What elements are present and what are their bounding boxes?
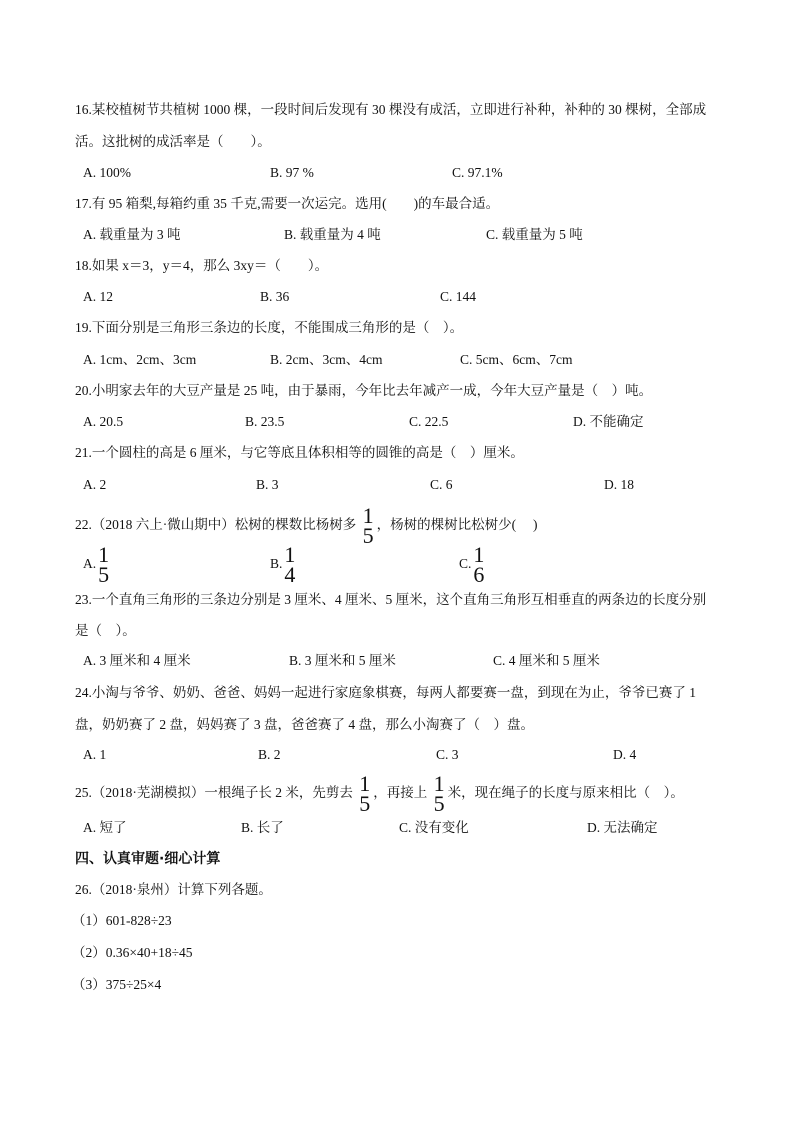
question-21-option-a[interactable]: A. 2: [83, 476, 106, 494]
question-24-option-b[interactable]: B. 2: [258, 746, 281, 764]
question-20-option-d[interactable]: D. 不能确定: [573, 413, 644, 431]
question-25-option-b[interactable]: B. 长了: [241, 819, 284, 837]
question-23-text-line-1: 23.一个直角三角形的三条边分别是 3 厘米、4 厘米、5 厘米，这个直角三角形…: [75, 591, 706, 609]
question-21-text: 21.一个圆柱的高是 6 厘米，与它等底且体积相等的圆锥的高是（ ）厘米。: [75, 444, 524, 462]
question-21-option-d[interactable]: D. 18: [604, 476, 634, 494]
calc-item-3: （3）375÷25×4: [72, 976, 161, 994]
question-22-text: 22.（2018 六上·微山期中）松树的棵数比杨树多 1 5 ，杨树的棵树比松树…: [75, 503, 538, 547]
question-18-text: 18.如果 x＝3，y＝4，那么 3xy＝（ ）。: [75, 257, 328, 275]
calc-item-1: （1）601-828÷23: [72, 912, 172, 930]
fraction: 16: [473, 545, 484, 585]
question-22-option-a[interactable]: A.15: [83, 543, 109, 585]
question-22-option-b[interactable]: B.14: [270, 543, 295, 585]
question-20-option-c[interactable]: C. 22.5: [409, 413, 448, 431]
question-19-option-c[interactable]: C. 5cm、6cm、7cm: [460, 351, 572, 369]
question-25-fraction-1: 1 5: [359, 774, 370, 814]
question-24-option-d[interactable]: D. 4: [613, 746, 636, 764]
question-24-text-line-1: 24.小淘与爷爷、奶奶、爸爸、妈妈一起进行家庭象棋赛，每两人都要赛一盘，到现在为…: [75, 684, 696, 702]
question-25-text: 25.（2018·芜湖模拟）一根绳子长 2 米，先剪去 1 5 ，再接上 1 5…: [75, 771, 684, 815]
question-22-fraction: 1 5: [363, 506, 374, 546]
question-17-option-a[interactable]: A. 载重量为 3 吨: [83, 226, 181, 244]
calc-item-2: （2）0.36×40+18÷45: [72, 944, 193, 962]
question-22-suffix: ，杨树的棵树比松树少( ): [377, 517, 538, 532]
question-20-option-b[interactable]: B. 23.5: [245, 413, 284, 431]
question-24-option-a[interactable]: A. 1: [83, 746, 106, 764]
question-21-option-b[interactable]: B. 3: [256, 476, 279, 494]
question-25-option-c[interactable]: C. 没有变化: [399, 819, 469, 837]
section-heading: 四、认真审题·细心计算: [75, 850, 220, 868]
question-19-option-a[interactable]: A. 1cm、2cm、3cm: [83, 351, 196, 369]
question-22-prefix: 22.（2018 六上·微山期中）松树的棵数比杨树多: [75, 517, 356, 532]
question-26-title: 26.（2018·泉州）计算下列各题。: [75, 881, 272, 899]
question-24-text-line-2: 盘，奶奶赛了 2 盘，妈妈赛了 3 盘，爸爸赛了 4 盘，那么小淘赛了（ ）盘。: [75, 716, 534, 734]
question-24-option-c[interactable]: C. 3: [436, 746, 459, 764]
question-17-option-b[interactable]: B. 载重量为 4 吨: [284, 226, 381, 244]
question-16-option-b[interactable]: B. 97 %: [270, 164, 314, 182]
question-25-fraction-2: 1 5: [434, 774, 445, 814]
fraction: 15: [98, 545, 109, 585]
question-22-option-c[interactable]: C.16: [459, 543, 484, 585]
question-23-option-c[interactable]: C. 4 厘米和 5 厘米: [493, 652, 600, 670]
question-16-text-line-1: 16.某校植树节共植树 1000 棵，一段时间后发现有 30 棵没有成活，立即进…: [75, 101, 706, 119]
question-16-option-c[interactable]: C. 97.1%: [452, 164, 503, 182]
question-20-text: 20.小明家去年的大豆产量是 25 吨，由于暴雨，今年比去年减产一成，今年大豆产…: [75, 382, 652, 400]
question-16-option-a[interactable]: A. 100%: [83, 164, 131, 182]
question-25-part2: ，再接上: [373, 785, 427, 800]
question-23-text-line-2: 是（ ）。: [75, 622, 136, 640]
question-19-option-b[interactable]: B. 2cm、3cm、4cm: [270, 351, 382, 369]
question-23-option-a[interactable]: A. 3 厘米和 4 厘米: [83, 652, 191, 670]
question-18-option-c[interactable]: C. 144: [440, 288, 476, 306]
question-16-text-line-2: 活。这批树的成活率是（ ）。: [75, 133, 271, 151]
question-20-option-a[interactable]: A. 20.5: [83, 413, 123, 431]
question-17-option-c[interactable]: C. 载重量为 5 吨: [486, 226, 583, 244]
question-17-text: 17.有 95 箱梨,每箱约重 35 千克,需要一次运完。选用( )的车最合适。: [75, 195, 499, 213]
question-18-option-a[interactable]: A. 12: [83, 288, 113, 306]
question-19-text: 19.下面分别是三角形三条边的长度，不能围成三角形的是（ ）。: [75, 319, 463, 337]
question-25-option-a[interactable]: A. 短了: [83, 819, 127, 837]
question-21-option-c[interactable]: C. 6: [430, 476, 453, 494]
question-25-part3: 米，现在绳子的长度与原来相比（ ）。: [448, 785, 684, 800]
fraction: 14: [284, 545, 295, 585]
question-23-option-b[interactable]: B. 3 厘米和 5 厘米: [289, 652, 396, 670]
question-25-part1: 25.（2018·芜湖模拟）一根绳子长 2 米，先剪去: [75, 785, 353, 800]
question-25-option-d[interactable]: D. 无法确定: [587, 819, 658, 837]
question-18-option-b[interactable]: B. 36: [260, 288, 289, 306]
